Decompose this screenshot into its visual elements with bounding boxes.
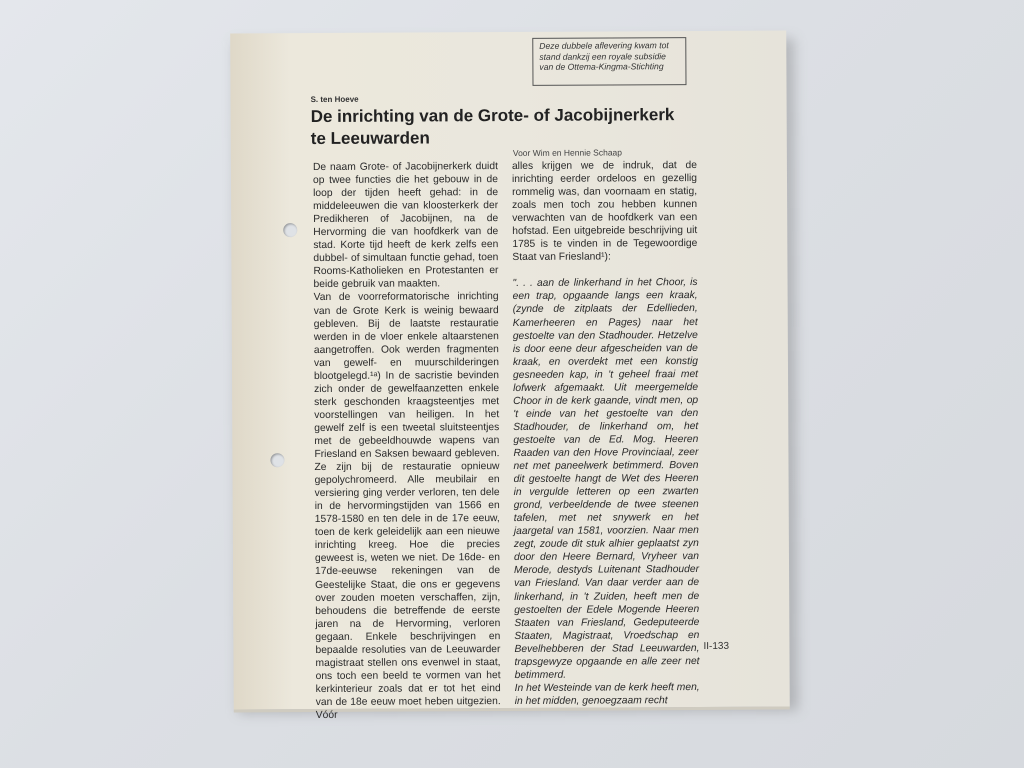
quotation-continued: In het Westeinde van de kerk heeft men, … (515, 681, 700, 708)
document-page: Deze dubbele aflevering kwam tot stand d… (230, 31, 790, 713)
subsidy-notice-box: Deze dubbele aflevering kwam tot stand d… (532, 37, 686, 86)
left-column: De naam Grote- of Jacobijnerkerk duidt o… (313, 160, 501, 722)
punch-hole (283, 223, 297, 237)
quotation: ". . . aan de linkerhand in het Choor, i… (513, 276, 700, 681)
title-line-1: De inrichting van de Grote- of Jacobijne… (311, 104, 781, 128)
dedication: Voor Wim en Hennie Schaap (513, 147, 622, 158)
paper-speck (384, 687, 386, 689)
paragraph: alles krijgen we de indruk, dat de inric… (512, 159, 698, 264)
title-line-2: te Leeuwarden (311, 126, 781, 150)
right-column: alles krijgen we de indruk, dat de inric… (512, 159, 700, 708)
article-title: De inrichting van de Grote- of Jacobijne… (311, 104, 781, 150)
paragraph: De naam Grote- of Jacobijnerkerk duidt o… (313, 160, 499, 291)
punch-hole (270, 453, 284, 467)
paragraph: Van de voorreformatorische inrichting va… (314, 291, 501, 723)
author-name: S. ten Hoeve (311, 95, 359, 104)
page-number: II-133 (703, 641, 729, 652)
